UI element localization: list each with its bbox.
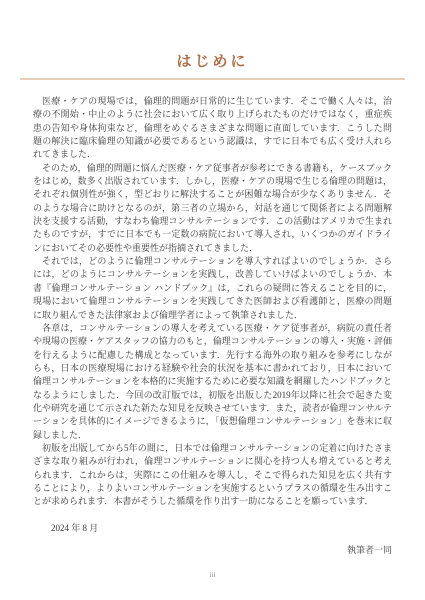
paragraph: 各章は，コンサルテーションの導入を考えている医療・ケア従事者が，病院の責任者や現… xyxy=(33,322,392,442)
paragraph: それでは，どのように倫理コンサルテーションを導入すればよいのでしょうか．さらには… xyxy=(33,255,392,322)
page-number: iii xyxy=(0,571,425,579)
authors-signature: 執筆者一同 xyxy=(33,544,392,557)
page-title: はじめに xyxy=(0,50,425,71)
paragraph: そのため，倫理的問題に悩んだ医療・ケア従事者が参考にできる書籍も，ケースブックを… xyxy=(33,162,392,255)
document-page: はじめに 医療・ケアの現場では，倫理的問題が日常的に生じています．そこで働く人々… xyxy=(0,0,425,600)
paragraph: 医療・ケアの現場では，倫理的問題が日常的に生じています．そこで働く人々は，治療の… xyxy=(33,95,392,162)
body-text-block: 医療・ケアの現場では，倫理的問題が日常的に生じています．そこで働く人々は，治療の… xyxy=(33,95,392,509)
paragraph: 初版を出版してから5年の間に，日本では倫理コンサルテーションの定着に向けたさまざ… xyxy=(33,442,392,509)
date-line: 2024 年 8 月 xyxy=(33,522,392,535)
title-underline-divider xyxy=(20,78,405,80)
